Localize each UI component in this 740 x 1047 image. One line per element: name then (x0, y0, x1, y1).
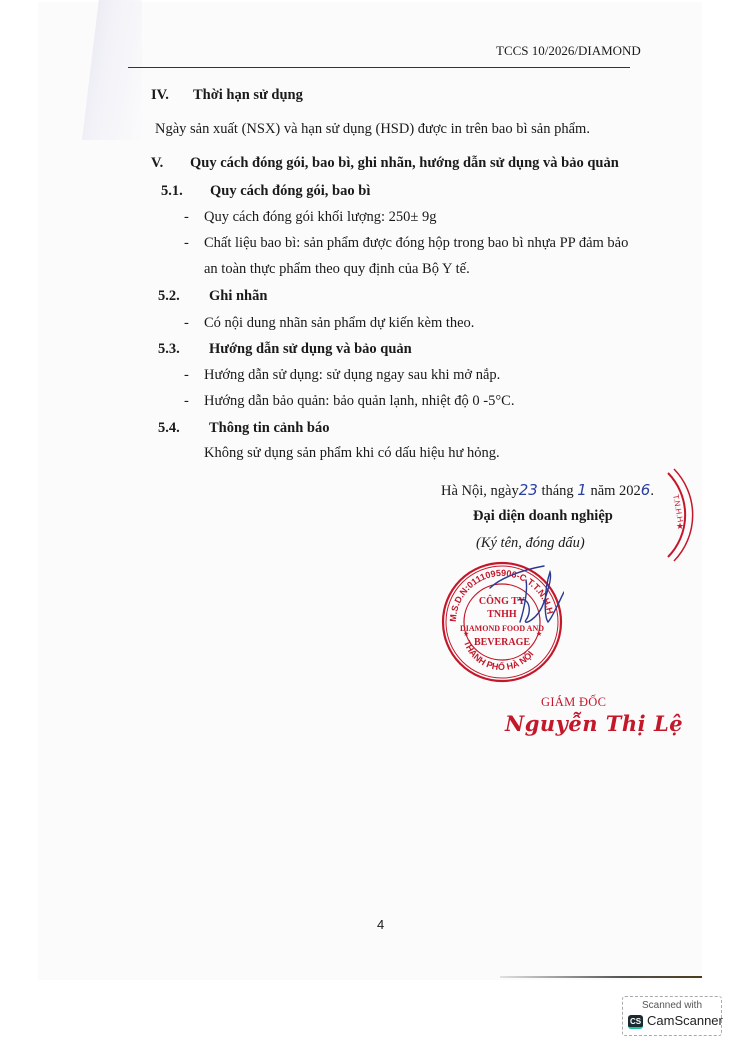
bullet-dash: - (184, 235, 189, 252)
page-bottom-edge (500, 976, 702, 978)
bullet-usage-instruction: Hướng dẫn sử dụng: sử dụng ngay sau khi … (204, 367, 500, 384)
watermark-brand: CamScanner (647, 1013, 723, 1028)
subsection-5-1-title: Quy cách đóng gói, bao bì (210, 183, 370, 200)
bullet-packaging-material: Chất liệu bao bì: sản phẩm được đóng hộp… (204, 235, 628, 252)
bullet-storage-instruction: Hướng dẫn bảo quản: bảo quản lạnh, nhiệt… (204, 393, 514, 410)
bullet-dash: - (184, 393, 189, 410)
svg-text:TNHH: TNHH (487, 609, 517, 620)
section-iv-number: IV. (151, 87, 169, 104)
section-v-number: V. (151, 155, 163, 172)
representative-label: Đại diện doanh nghiệp (473, 508, 613, 525)
watermark-caption: Scanned with (623, 1000, 721, 1011)
month-label: tháng (541, 483, 573, 499)
director-title: GIÁM ĐỐC (541, 695, 606, 710)
bullet-packaging-material-cont: an toàn thực phẩm theo quy định của Bộ Y… (204, 261, 470, 278)
company-seal-icon: M.S.D.N:0111095906-C.T.T.N.H.H THÀNH PHỐ… (440, 560, 564, 684)
subsection-5-2-number: 5.2. (158, 288, 180, 305)
bullet-dash: - (184, 315, 189, 332)
partial-stamp-icon: T.N.H.H ★ (640, 465, 700, 565)
bullet-label-content: Có nội dung nhãn sản phẩm dự kiến kèm th… (204, 315, 474, 332)
subsection-5-4-number: 5.4. (158, 420, 180, 437)
bullet-dash: - (184, 209, 189, 226)
subsection-5-3-number: 5.3. (158, 341, 180, 358)
bullet-packaging-weight: Quy cách đóng gói khối lượng: 250± 9g (204, 209, 437, 226)
section-v-title: Quy cách đóng gói, bao bì, ghi nhãn, hướ… (190, 155, 619, 172)
header-divider (128, 67, 630, 68)
date-prefix: Hà Nội, ngày (441, 483, 519, 499)
signing-date: Hà Nội, ngày23 tháng 1 năm 2026. (441, 481, 654, 500)
subsection-5-1-number: 5.1. (161, 183, 183, 200)
handwritten-month: 1 (577, 481, 587, 499)
camscanner-watermark: Scanned with CS CamScanner (622, 996, 722, 1036)
subsection-5-2-title: Ghi nhãn (209, 288, 267, 305)
document-code: TCCS 10/2026/DIAMOND (496, 43, 641, 59)
subsection-5-3-title: Hướng dẫn sử dụng và bảo quản (209, 341, 412, 358)
warning-text: Không sử dụng sản phẩm khi có dấu hiệu h… (204, 445, 500, 462)
handwritten-day: 23 (519, 481, 538, 499)
svg-text:★: ★ (463, 630, 469, 638)
subsection-5-4-title: Thông tin cảnh báo (209, 420, 329, 437)
bullet-dash: - (184, 367, 189, 384)
section-iv-body: Ngày sản xuất (NSX) và hạn sử dụng (HSD)… (155, 121, 590, 138)
year-label: năm 202 (590, 483, 640, 499)
svg-text:★: ★ (536, 630, 542, 638)
sign-instruction: (Ký tên, đóng dấu) (476, 535, 585, 552)
svg-text:★: ★ (676, 521, 684, 531)
svg-text:BEVERAGE: BEVERAGE (474, 637, 530, 648)
section-iv-title: Thời hạn sử dụng (193, 87, 303, 104)
svg-text:CÔNG TY: CÔNG TY (479, 594, 526, 607)
svg-text:DIAMOND FOOD AND: DIAMOND FOOD AND (460, 624, 544, 633)
camscanner-logo-icon: CS (628, 1015, 643, 1029)
page-number: 4 (377, 917, 384, 932)
director-name: Nguyễn Thị Lệ (505, 711, 683, 736)
